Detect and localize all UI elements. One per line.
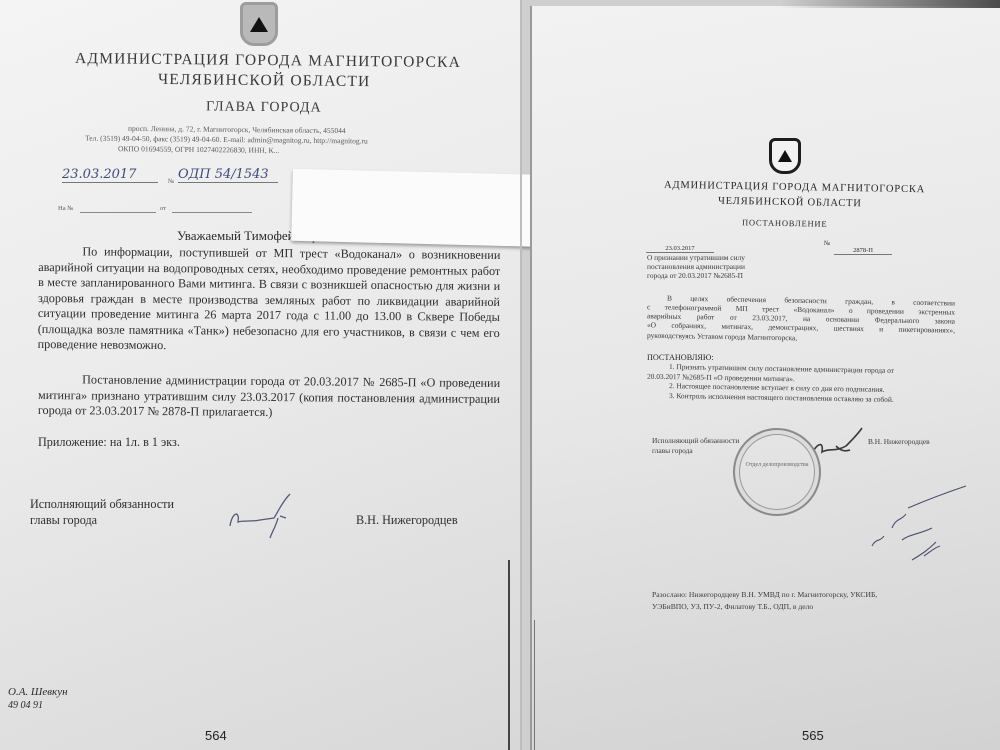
signatory-name: В.Н. Нижегородцев — [868, 437, 930, 446]
page-number-right: 565 — [802, 728, 824, 743]
subject-line-2: постановления администрации — [647, 262, 745, 271]
reference-label: На № — [58, 205, 73, 212]
attachment-note: Приложение: на 1л. в 1 экз. — [38, 435, 180, 451]
page-number-left: 564 — [205, 728, 227, 743]
org-name-line1: АДМИНИСТРАЦИЯ ГОРОДА МАГНИТОГОРСКА — [664, 180, 925, 196]
handwritten-note-icon — [862, 468, 992, 568]
letter-page-left: АДМИНИСТРАЦИЯ ГОРОДА МАГНИТОГОРСКА ЧЕЛЯБ… — [0, 0, 522, 750]
letter-paragraph-1: По информации, поступившей от МП трест «… — [38, 244, 501, 357]
signatory-position-line2: главы города — [30, 513, 97, 529]
subject-line-1: О признании утратившим силу — [647, 253, 745, 262]
preamble-line-5: руководствуясь Уставом города Магнитогор… — [647, 331, 797, 343]
signatory-position-line1: Исполняющий обязанности — [652, 436, 739, 445]
page-edge-line — [508, 560, 510, 750]
resolution-number-prefix: № — [824, 240, 830, 247]
outgoing-number: ОДП 54/1543 — [178, 165, 278, 183]
signature-icon — [226, 492, 306, 540]
distribution-line-1: Разослано: Нижегородцеву В.Н. УМВД по г.… — [652, 590, 877, 599]
letter-paragraph-2: Постановление администрации города от 20… — [38, 372, 500, 423]
page-gutter — [520, 0, 522, 750]
org-name-line2: ЧЕЛЯБИНСКОЙ ОБЛАСТИ — [718, 196, 862, 210]
executor-name: О.А. Шевкун — [8, 686, 68, 698]
org-name-line1: АДМИНИСТРАЦИЯ ГОРОДА МАГНИТОГОРСКА — [75, 50, 461, 72]
resolution-number: 2878-П — [834, 239, 892, 257]
resolution-page-right: АДМИНИСТРАЦИЯ ГОРОДА МАГНИТОГОРСКА ЧЕЛЯБ… — [530, 6, 1000, 750]
page-edge-line-right — [534, 620, 535, 750]
document-type: ПОСТАНОВЛЕНИЕ — [742, 217, 828, 228]
reference-number-blank — [80, 212, 156, 213]
photo-edge-shadow — [780, 0, 1000, 8]
reference-date-blank — [172, 212, 252, 213]
reference-from-label: от — [160, 205, 166, 212]
official-stamp: Отдел делопроизводства — [733, 428, 821, 516]
outgoing-number-prefix: № — [168, 178, 174, 185]
resolve-label: ПОСТАНОВЛЯЮ: — [647, 353, 714, 362]
codes-line: ОКПО 01694559, ОГРН 1027402226830, ИНН, … — [118, 144, 279, 155]
distribution-line-2: УЭБиВПО, УЗ, ПУ-2, Филатову Т.Б., ОДП, в… — [652, 602, 813, 611]
redaction-patch — [291, 169, 559, 247]
stamp-text: Отдел делопроизводства — [735, 462, 819, 469]
subject-line-3: города от 20.03.2017 №2685-П — [647, 271, 743, 280]
signatory-position-line2: главы города — [652, 446, 693, 455]
signatory-name: В.Н. Нижегородцев — [356, 513, 458, 529]
signatory-position-line1: Исполняющий обязанности — [30, 497, 174, 513]
coat-of-arms-icon — [769, 138, 801, 174]
executor-phone: 49 04 91 — [8, 700, 43, 711]
office-title: ГЛАВА ГОРОДА — [206, 99, 322, 116]
org-name-line2: ЧЕЛЯБИНСКОЙ ОБЛАСТИ — [158, 71, 371, 91]
outgoing-date: 23.03.2017 — [62, 165, 158, 183]
coat-of-arms-icon — [240, 2, 278, 46]
